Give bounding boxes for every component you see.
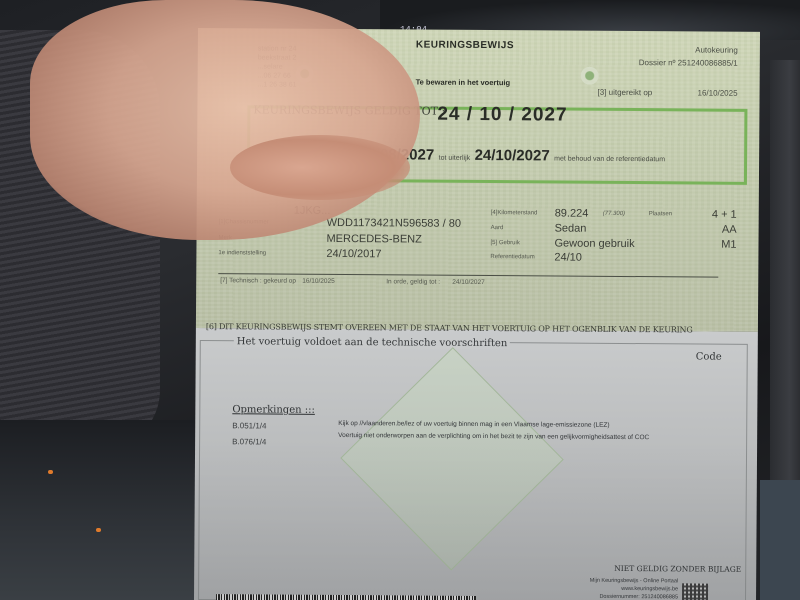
window-note: met behoud van de referentiedatum [554, 155, 665, 163]
lap-background [0, 420, 200, 600]
first-registration-label: 1e indienststelling [218, 250, 266, 256]
dashboard-light [48, 470, 53, 474]
reference-date-label: Referentiedatum [490, 254, 534, 260]
chassis-label: [1]Chassisnummer [219, 219, 269, 225]
seats-label: Plaatsen [649, 211, 672, 217]
valid-until-date: 24 / 10 / 2027 [437, 104, 567, 127]
station-line: ...1 26 38 61 [258, 81, 297, 88]
portal-name: Mijn Keuringsbewijs - Online Portaal [590, 578, 678, 585]
result-title: Het voertuig voldoet aan de technische v… [234, 336, 511, 349]
window-separator: tot uiterlijk [439, 155, 471, 162]
chassis-value: WDD1173421N596583 / 80 [327, 217, 461, 230]
window-to-date: 24/10/2027 [475, 147, 550, 165]
station-line: ...06 27 66 [258, 72, 291, 79]
make-value: MERCEDES-BENZ [326, 233, 421, 246]
reference-date-value: 24/10 [554, 251, 582, 263]
usage-label: [5] Gebruik [490, 240, 519, 246]
dashboard-light [96, 528, 101, 532]
code-label: Code [696, 351, 722, 362]
make-label: Merk [219, 235, 232, 241]
body-code: AA [722, 224, 737, 236]
issued-label: [3] uitgereikt op [598, 88, 653, 97]
fold-shadow [194, 438, 757, 600]
technical-status-date: 24/10/2027 [452, 279, 485, 286]
seats-value: 4 + 1 [712, 209, 737, 221]
remarks-heading: Opmerkingen ::: [232, 404, 315, 416]
station-line: station nr 24 [258, 45, 297, 52]
punch-hole-icon [581, 67, 599, 85]
validity-window: 24/08/2027 tot uiterlijk 24/10/2027 met … [359, 146, 665, 166]
barcode-icon [216, 594, 476, 600]
usage-value: Gewoon gebruik [554, 237, 634, 250]
category-code: M1 [721, 239, 736, 251]
jacket-sleeve [0, 30, 160, 450]
provider-name: Autokeuring [695, 45, 738, 54]
technical-status: In orde, geldig tot : [386, 278, 440, 285]
window-from-date: 24/08/2027 [359, 146, 434, 164]
steering-wheel [770, 60, 800, 520]
station-line: ...selare [258, 63, 283, 70]
first-registration-value: 24/10/2017 [326, 248, 381, 260]
document-title: KEURINGSBEWIJS [416, 40, 514, 52]
validity-label: KEURINGSBEWIJS GELDIG TOT : [253, 103, 445, 117]
qr-code-icon [682, 583, 708, 600]
station-line: beekstraat 2 [258, 54, 297, 61]
type-value: Sedan [555, 222, 587, 234]
knee-background [760, 480, 800, 600]
issued-date: 16/10/2025 [697, 88, 737, 97]
punch-hole-icon [296, 65, 314, 83]
mileage-label: [4]Kilometerstand [491, 210, 538, 216]
plate-partial: 1JKG... [294, 205, 331, 217]
portal-website[interactable]: www.keuringsbewijs.be [621, 586, 678, 592]
technical-date: 16/10/2025 [302, 278, 335, 285]
document-subtitle: Te bewaren in het voertuig [416, 78, 511, 88]
remark-code: B.051/1/4 [232, 421, 266, 430]
dossier-number: Dossier nº 251240086885/1 [639, 58, 738, 68]
not-valid-notice: NIET GELDIG ZONDER BIJLAGE [614, 564, 741, 574]
inspection-certificate: KEURINGSBEWIJS Te bewaren in het voertui… [194, 28, 760, 600]
footer-dossier: Dossiernummer: 251240086885 [599, 594, 678, 600]
previous-mileage: (77.300) [603, 211, 625, 217]
mileage-value: 89.224 [555, 207, 589, 219]
type-label: Aard [491, 225, 504, 231]
technical-label: [7] Technisch : gekeurd op [220, 277, 296, 285]
